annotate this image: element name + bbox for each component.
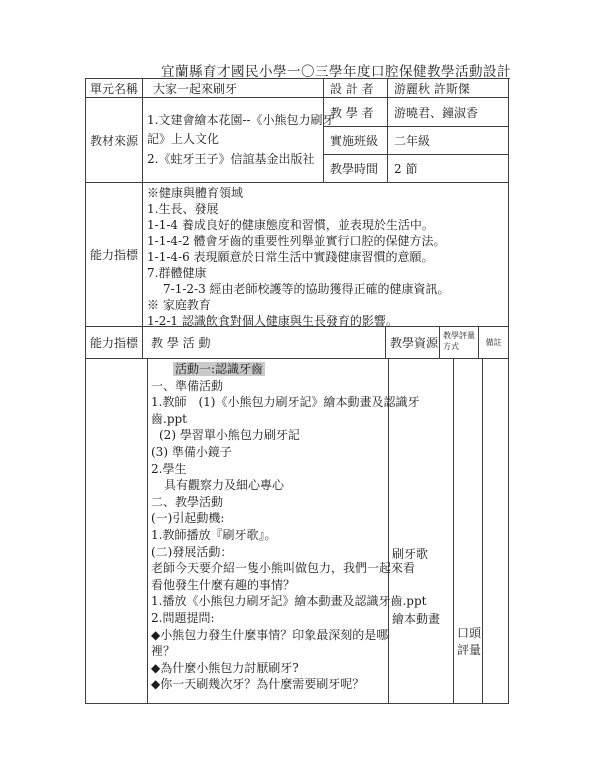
activity-line: ◆你一天刷幾次牙？為什麼需要刷牙呢？ xyxy=(151,676,388,693)
competency-line: ※ 家庭教育 xyxy=(147,297,508,313)
material-line: 2.《蛀牙王子》信誼基金出版社 xyxy=(147,150,323,170)
evaluation-line: 口頭 xyxy=(457,625,481,642)
competency-line: 1.生長、發展 xyxy=(147,201,508,217)
class-label: 實施班級 xyxy=(324,127,388,155)
material-line: 1.文建會繪本花園--《小熊包力刷牙 xyxy=(147,111,323,131)
class-value: 二年級 xyxy=(388,127,509,155)
header-teaching-resources: 教學資源 xyxy=(386,327,440,359)
teaching-resources-cell: 刷牙歌 繪本動畫 xyxy=(389,359,454,704)
unit-name-label: 單元名稱 xyxy=(86,79,143,98)
material-source-content: 1.文建會繪本花園--《小熊包力刷牙 記》上人文化 2.《蛀牙王子》信誼基金出版… xyxy=(143,98,324,183)
unit-name-value: 大家一起來刷牙 xyxy=(143,79,324,98)
teacher-label: 教 學 者 xyxy=(324,98,388,127)
activity-line: ◆小熊包力發生什麼事情？印象最深刻的是哪 xyxy=(151,627,388,644)
evaluation-cell: 口頭 評量 xyxy=(454,359,483,704)
activity-line: (一)引起動機: xyxy=(151,510,388,527)
competency-line: 1-1-4-6 表現願意於日常生活中實踐健康習慣的意願。 xyxy=(147,249,508,265)
document-page: 宜蘭縣育才國民小學一〇三學年度口腔保健教學活動設計 單元名稱 大家一起來刷牙 設… xyxy=(0,0,593,768)
resource-picture-book-animation: 繪本動畫 xyxy=(392,610,440,627)
activity-line: 二、教學活動 xyxy=(151,494,388,511)
designer-label: 設 計 者 xyxy=(324,79,388,98)
activity-line: (二)發展活動： xyxy=(151,544,388,561)
evaluation-line: 評量 xyxy=(457,642,481,659)
competency-line: 7.群體健康 xyxy=(147,265,508,281)
designer-value: 游麗秋 許斯傑 xyxy=(388,79,509,98)
competency-line: 1-1-4-2 體會牙齒的重要性列舉並實行口腔的保健方法。 xyxy=(147,233,508,249)
competency-line: 1-1-4 養成良好的健康態度和習慣，並表現於生活中。 xyxy=(147,217,508,233)
header-remarks: 備註 xyxy=(479,327,509,359)
activity-line: 一、準備活動 xyxy=(151,378,388,395)
oral-evaluation: 口頭 評量 xyxy=(457,625,481,658)
activity-line: 齒.ppt xyxy=(151,411,388,428)
teaching-activity-content: 活動一:認識牙齒 一、準備活動 1.教師 (1)《小熊包力刷牙記》繪本動畫及認識… xyxy=(148,359,389,704)
remarks-cell-empty xyxy=(483,359,509,704)
activity-line: 老師今天要介紹一隻小熊叫做包力，我們一起來看 xyxy=(151,560,388,577)
lesson-plan-table: 單元名稱 大家一起來刷牙 設 計 者 游麗秋 許斯傑 教材來源 1.文建會繪本花… xyxy=(85,78,510,704)
header-competency: 能力指標 xyxy=(86,327,143,359)
teacher-value: 游曉君、鐘淑香 xyxy=(388,98,509,127)
material-source-label: 教材來源 xyxy=(86,98,143,183)
activity-line: 1.教師播放『刷牙歌』。 xyxy=(151,527,388,544)
activity-line: (3) 準備小鏡子 xyxy=(151,444,388,461)
activity-line: 1.教師 (1)《小熊包力刷牙記》繪本動畫及認識牙 xyxy=(151,394,388,411)
activity-line: 2.學生 xyxy=(151,461,388,478)
teaching-time-value: 2 節 xyxy=(388,155,509,183)
teaching-time-label: 教學時間 xyxy=(324,155,388,183)
activity-line: 看他發生什麼有趣的事情？ xyxy=(151,577,388,594)
activity-line: ◆為什麼小熊包力討厭刷牙? xyxy=(151,660,388,677)
competency-line: ※健康與體育領域 xyxy=(147,185,508,201)
material-line: 記》上人文化 xyxy=(147,130,323,150)
activity-section-title: 活動一:認識牙齒 xyxy=(151,361,388,378)
activity-line: (2) 學習單小熊包力刷牙記 xyxy=(151,427,388,444)
resource-brushing-song: 刷牙歌 xyxy=(392,545,428,562)
competency-line: 7-1-2-3 經由老師校護等的協助獲得正確的健康資訊。 xyxy=(147,281,508,297)
activity-line: 裡？ xyxy=(151,643,388,660)
document-title: 宜蘭縣育才國民小學一〇三學年度口腔保健教學活動設計 xyxy=(161,60,511,80)
activity-line: 具有觀察力及細心專心 xyxy=(151,477,388,494)
activity-table-header: 能力指標 教 學 活 動 教學資源 教學評量方式 備註 xyxy=(86,327,510,359)
competency-content: ※健康與體育領域 1.生長、發展 1-1-4 養成良好的健康態度和習慣，並表現於… xyxy=(143,183,509,327)
header-teaching-activity: 教 學 活 動 xyxy=(143,327,386,359)
header-evaluation-method: 教學評量方式 xyxy=(440,327,479,359)
activity-line: 1.播放《小熊包力刷牙記》繪本動畫及認識牙齒.ppt xyxy=(151,593,388,610)
body-competency-cell-empty xyxy=(86,359,148,704)
activity-line: 2.問題提問: xyxy=(151,610,388,627)
activity-table-body: 活動一:認識牙齒 一、準備活動 1.教師 (1)《小熊包力刷牙記》繪本動畫及認識… xyxy=(86,359,510,704)
activity-title-highlight: 活動一:認識牙齒 xyxy=(173,362,265,376)
info-table: 單元名稱 大家一起來刷牙 設 計 者 游麗秋 許斯傑 教材來源 1.文建會繪本花… xyxy=(86,79,510,327)
competency-label: 能力指標 xyxy=(86,183,143,327)
